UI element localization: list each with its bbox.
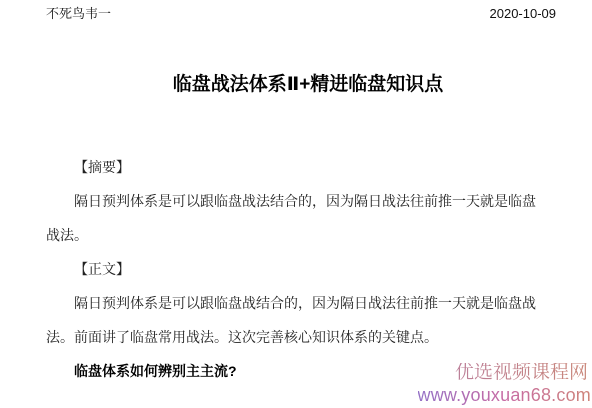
page-title: 临盘战法体系Ⅱ+精进临盘知识点 [46,72,570,98]
document-body: 【摘要】 隔日预判体系是可以跟临盘战法结合的，因为隔日战法往前推一天就是临盘 战… [46,150,570,388]
author-name: 不死鸟韦一 [46,6,111,22]
abstract-label: 【摘要】 [46,150,570,184]
page-header: 不死鸟韦一 2020-10-09 [46,6,556,22]
question-heading: 临盘体系如何辨别主主流? [46,354,570,388]
body-line: 隔日预判体系是可以跟临盘战结合的，因为隔日战法往前推一天就是临盘战 [46,286,570,320]
abstract-line: 隔日预判体系是可以跟临盘战法结合的，因为隔日战法往前推一天就是临盘 [46,184,570,218]
body-line: 法。前面讲了临盘常用战法。这次完善核心知识体系的关键点。 [46,320,570,354]
document-page: 不死鸟韦一 2020-10-09 临盘战法体系Ⅱ+精进临盘知识点 【摘要】 隔日… [0,0,592,408]
body-label: 【正文】 [46,252,570,286]
publish-date: 2020-10-09 [490,6,557,22]
abstract-line: 战法。 [46,218,570,252]
